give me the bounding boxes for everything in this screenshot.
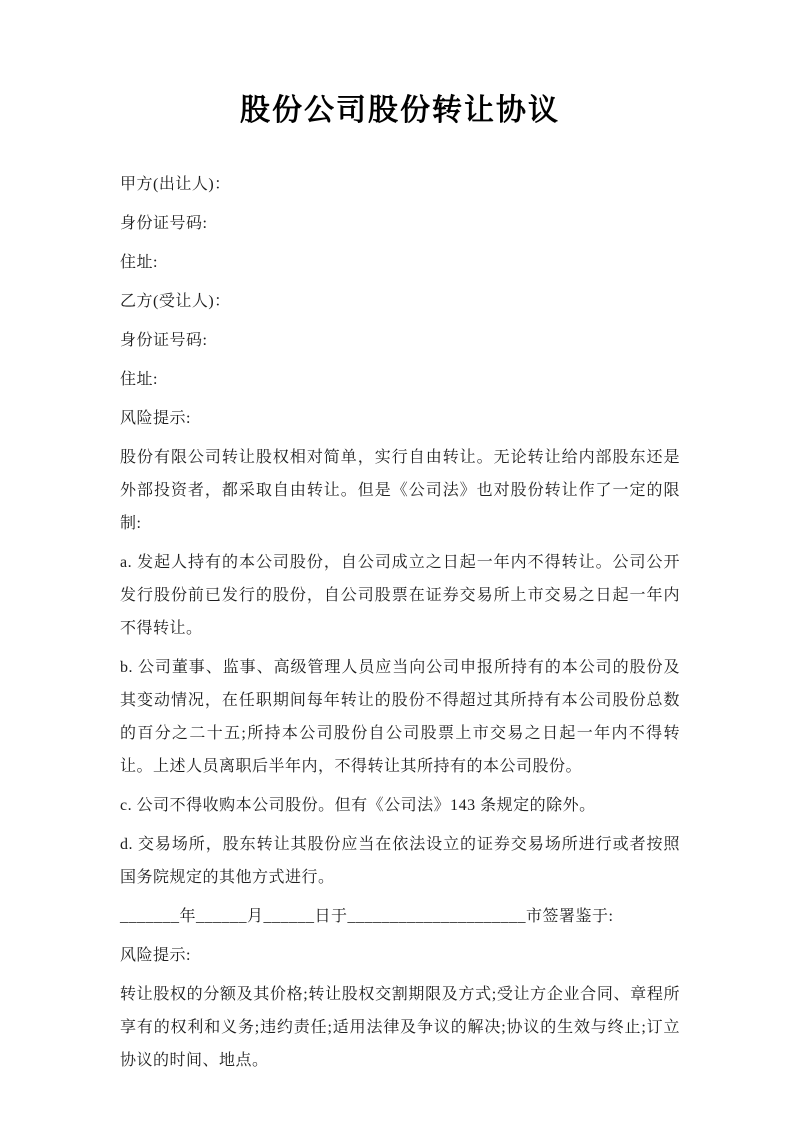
closing-paragraph: 转让股权的分额及其价格;转让股权交割期限及方式;受让方企业合同、章程所享有的权利…: [120, 978, 680, 1077]
risk-note-label: 风险提示:: [120, 402, 680, 435]
document-page: 股份公司股份转让协议 甲方(出让人)： 身份证号码: 住址: 乙方(受让人)： …: [0, 0, 793, 1122]
document-title: 股份公司股份转让协议: [120, 88, 680, 134]
clause-b: b. 公司董事、监事、高级管理人员应当向公司申报所持有的本公司的股份及其变动情况…: [120, 651, 680, 783]
field-party-a-id-label: 身份证号码:: [120, 207, 680, 240]
field-party-a-label: 甲方(出让人)：: [120, 168, 680, 201]
field-party-b-address-label: 住址:: [120, 363, 680, 396]
clause-d: d. 交易场所，股东转让其股份应当在依法设立的证券交易场所进行或者按照国务院规定…: [120, 828, 680, 894]
risk-note-label-2: 风险提示:: [120, 939, 680, 972]
field-party-a-address-label: 住址:: [120, 246, 680, 279]
field-party-b-label: 乙方(受让人)：: [120, 285, 680, 318]
clause-a: a. 发起人持有的本公司股份，自公司成立之日起一年内不得转让。公司公开发行股份前…: [120, 546, 680, 645]
clause-c: c. 公司不得收购本公司股份。但有《公司法》143 条规定的除外。: [120, 789, 680, 822]
field-party-b-id-label: 身份证号码:: [120, 324, 680, 357]
signature-date-line: _______年______月______日于_________________…: [120, 900, 680, 933]
intro-paragraph: 股份有限公司转让股权相对简单，实行自由转让。无论转让给内部股东还是外部投资者，都…: [120, 441, 680, 540]
